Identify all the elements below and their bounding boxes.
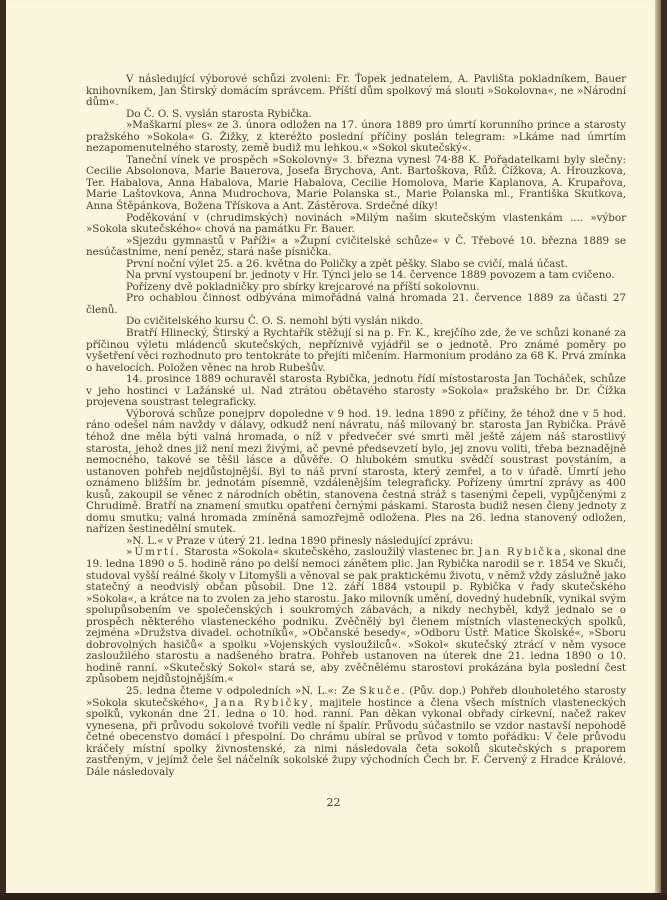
- paragraph-illness: 14. prosince 1889 ochuravěl starosta Ryb…: [86, 374, 626, 409]
- page-number: 22: [0, 796, 667, 809]
- paragraph-masquerade-ball: »Maškarní ples« ze 3. února odložen na 1…: [86, 120, 626, 155]
- deceased-name: Jana Rybičky: [214, 697, 309, 709]
- paragraph-extraordinary-meeting: Pro ochablou činnost odbývána mimořádná …: [86, 293, 626, 316]
- bottom-edge: [0, 893, 667, 900]
- paragraph-dance-wreath: Taneční vínek ve prospěch »Sokolovny« 3.…: [86, 155, 626, 213]
- paragraph-funeral-report: 25. ledna čteme v odpoledních »N. L.«: Z…: [86, 686, 626, 778]
- page-edge: [655, 0, 661, 893]
- paragraph-complaint: Bratří Hlinecký, Štirský a Rychtařík stě…: [86, 328, 626, 374]
- paragraph-committee-election: V následující výborové schůzi zvoleni: F…: [86, 74, 626, 109]
- page-body-text: V následující výborové schůzi zvoleni: F…: [86, 74, 626, 778]
- paragraph-obituary: »Úmrtí. Starosta »Sokola« skutečského, z…: [86, 547, 626, 686]
- place-name: Skuče: [359, 685, 401, 697]
- obituary-heading: »Úmrtí.: [126, 546, 181, 558]
- deceased-name: Jan Rybička: [478, 546, 562, 558]
- paragraph-gymnast-congress: »Sjezdu gymnastů v Paříži« a »Župní cvič…: [86, 236, 626, 259]
- paragraph-committee-meeting: Výborová schůze ponejprv dopoledne v 9 h…: [86, 409, 626, 536]
- paragraph-thanks: Poděkování v (chrudimských) novinách »Mi…: [86, 213, 626, 236]
- book-page: V následující výborové schůzi zvoleni: F…: [6, 0, 661, 893]
